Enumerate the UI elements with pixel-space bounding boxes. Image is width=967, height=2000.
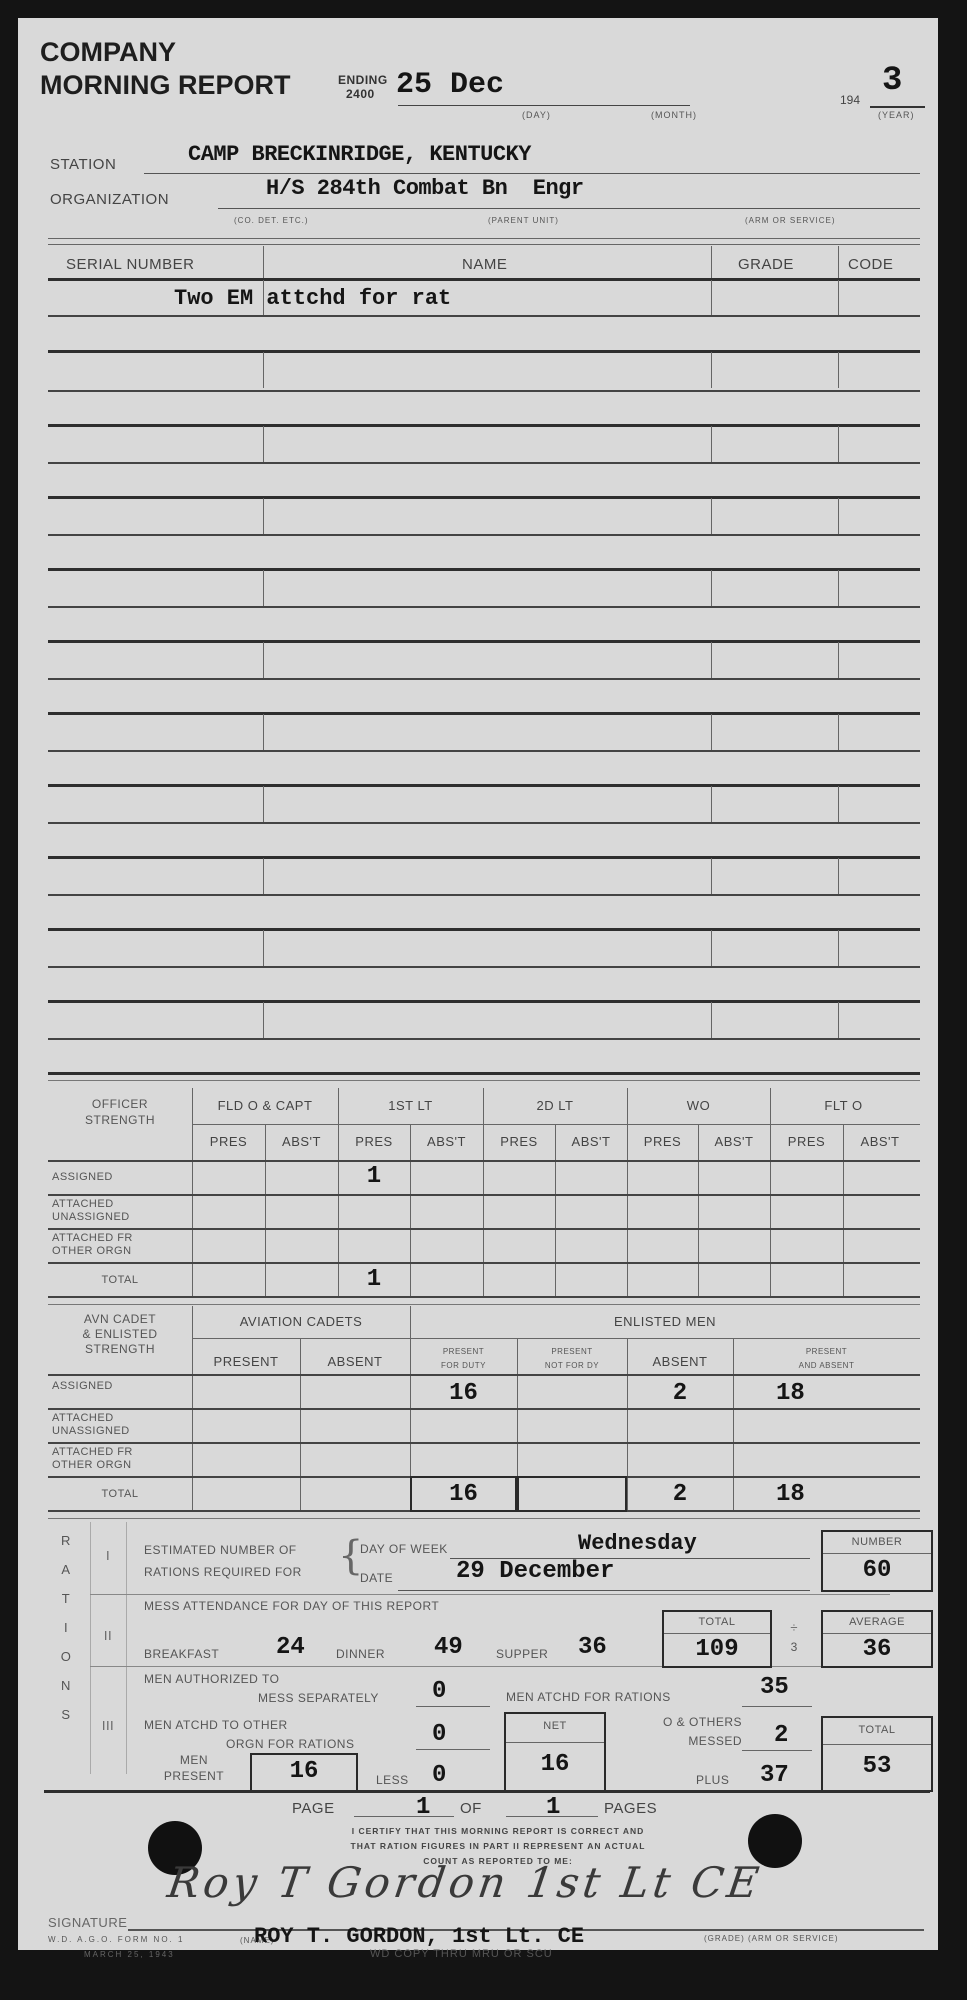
mess-separately-label: MEN AUTHORIZED TO MESS SEPARATELY: [144, 1670, 379, 1708]
roster-rule: [48, 350, 920, 353]
officer-col-divider: [555, 1124, 556, 1296]
roster-rule: [48, 822, 920, 824]
form-title: COMPANY MORNING REPORT: [40, 36, 291, 102]
sub-pres: PRES: [338, 1134, 410, 1149]
report-date-value: 25 Dec: [396, 68, 504, 102]
roster-rule: [48, 712, 920, 715]
roster-divider: [711, 930, 712, 966]
ending-time: 2400: [338, 87, 388, 101]
officer-col-divider: [483, 1088, 484, 1296]
officer-row-rule: [48, 1296, 920, 1298]
header-divider-1: [48, 238, 920, 239]
side-letter: R: [48, 1526, 84, 1555]
officer-subheader-rule: [192, 1124, 920, 1125]
roster-rule: [48, 1000, 920, 1003]
label-line: ESTIMATED NUMBER OF: [144, 1539, 302, 1561]
roster-rule: [48, 750, 920, 752]
year-prefix: 194: [840, 93, 860, 107]
atchd-for-rations-value: 35: [760, 1674, 789, 1701]
roster-rule: [48, 462, 920, 464]
plus-label: PLUS: [696, 1773, 729, 1787]
certify-line: I CERTIFY THAT THIS MORNING REPORT IS CO…: [238, 1824, 758, 1839]
label-line: MESSED: [628, 1732, 742, 1751]
roster-rule: [48, 606, 920, 608]
divide-icon: ÷: [774, 1620, 814, 1635]
total-present-not-for-duty-box: [517, 1476, 627, 1512]
roster-divider: [838, 498, 839, 534]
organization-underline: [218, 208, 920, 209]
roster-divider: [838, 570, 839, 606]
col-serial-number: SERIAL NUMBER: [66, 256, 194, 273]
part1-label: ESTIMATED NUMBER OF RATIONS REQUIRED FOR: [144, 1539, 302, 1583]
roster-divider: [263, 858, 264, 894]
net-label: NET: [506, 1714, 604, 1743]
sub-pres: PRES: [627, 1134, 698, 1149]
organization-label: ORGANIZATION: [50, 191, 169, 208]
roster-divider: [838, 642, 839, 678]
pages-label: PAGES: [604, 1800, 657, 1817]
em-col-present-not-for-duty: PRESENT NOT FOR DY: [517, 1345, 627, 1373]
label-line: MEN AUTHORIZED TO: [144, 1670, 379, 1689]
roster-divider: [711, 1002, 712, 1038]
col-line: AND ABSENT: [733, 1359, 920, 1373]
em-col-absent: ABSENT: [627, 1354, 733, 1369]
roster-divider: [838, 714, 839, 750]
less-label: LESS: [376, 1773, 409, 1787]
officer-row-label-total: TOTAL: [48, 1274, 192, 1286]
enlisted-row-label-attached-unassigned: ATTACHED UNASSIGNED: [52, 1412, 130, 1438]
enlisted-row-label-assigned: ASSIGNED: [52, 1380, 113, 1392]
year-caption: (YEAR): [878, 110, 915, 120]
officer-col-divider: [192, 1088, 193, 1296]
label-line: O & OTHERS: [628, 1713, 742, 1732]
label-line: MEN: [144, 1752, 244, 1768]
roster-rule: [48, 1080, 920, 1081]
form-title-line1: COMPANY: [40, 36, 291, 69]
station-value: CAMP BRECKINRIDGE, KENTUCKY: [188, 142, 531, 167]
typed-name: ROY T. GORDON, 1st Lt. CE: [254, 1924, 584, 1949]
roster-rule: [48, 534, 920, 536]
enlisted-strength-title: AVN CADET & ENLISTED STRENGTH: [48, 1312, 192, 1357]
col-grade: GRADE: [738, 256, 794, 273]
roster-divider: [711, 426, 712, 462]
label-line: ATTACHED FR: [52, 1232, 133, 1245]
average-value: 36: [823, 1634, 931, 1666]
enlisted-row-rule: [48, 1442, 920, 1444]
others-messed-underline: [742, 1750, 812, 1751]
ending-label: ENDING 2400: [338, 73, 388, 101]
roster-divider: [838, 246, 839, 278]
ending-word: ENDING: [338, 73, 388, 87]
atchd-other-orgn-underline: [416, 1749, 490, 1750]
signature-handwritten: Roy T Gordon 1st Lt CE: [165, 1858, 766, 1907]
label-line: UNASSIGNED: [52, 1211, 130, 1224]
label-line: OTHER ORGN: [52, 1459, 133, 1472]
others-messed-label: O & OTHERS MESSED: [628, 1713, 742, 1751]
certify-line: THAT RATION FIGURES IN PART II REPRESENT…: [238, 1839, 758, 1854]
roster-rule: [48, 966, 920, 968]
officer-strength-title-1: OFFICER: [48, 1096, 192, 1112]
enlisted-row-label-attached-fr: ATTACHED FR OTHER ORGN: [52, 1446, 133, 1472]
roster-rule: [48, 784, 920, 787]
officer-row-rule: [48, 1228, 920, 1230]
day-of-week-label: DAY OF WEEK: [360, 1542, 448, 1556]
roster-divider: [263, 352, 264, 388]
average-label: AVERAGE: [823, 1612, 931, 1634]
month-caption: (MONTH): [651, 110, 697, 120]
roster-divider: [263, 1002, 264, 1038]
officer-col-divider: [410, 1124, 411, 1296]
net-value: 16: [506, 1743, 604, 1787]
rations-total-value: 53: [823, 1745, 931, 1789]
roster-rule: [48, 496, 920, 499]
title-line: AVN CADET: [48, 1312, 192, 1327]
roster-divider: [838, 280, 839, 316]
copy-note: WD COPY THRU MRU OR SCU: [370, 1948, 553, 1960]
enlisted-row-rule: [48, 1374, 920, 1376]
total-present-for-duty: 16: [410, 1481, 517, 1508]
day-caption: (DAY): [522, 110, 551, 120]
date-label: DATE: [360, 1571, 393, 1585]
group-fld-o-capt: FLD O & CAPT: [192, 1098, 338, 1113]
roster-divider: [711, 246, 712, 278]
part2-numeral: II: [90, 1628, 126, 1643]
label-line: ATTACHED: [52, 1412, 130, 1425]
organization-value: H/S 284th Combat Bn Engr: [266, 176, 584, 201]
station-label: STATION: [50, 156, 116, 173]
station-underline: [144, 173, 920, 174]
form-date: MARCH 25, 1943: [84, 1950, 175, 1959]
label-line: UNASSIGNED: [52, 1425, 130, 1438]
mess-separately-underline: [416, 1706, 490, 1707]
caption-co-det: (CO. DET. ETC.): [234, 216, 309, 225]
roster-divider: [711, 570, 712, 606]
officer-row-rule: [48, 1160, 920, 1162]
enlisted-row-rule: [48, 1408, 920, 1410]
roster-divider: [838, 426, 839, 462]
part1-numeral: I: [90, 1548, 126, 1563]
enlisted-col-divider: [733, 1338, 734, 1510]
page-value: 1: [416, 1794, 430, 1821]
date-underline: [398, 105, 690, 106]
others-messed-value: 2: [774, 1722, 788, 1749]
side-letter: N: [48, 1671, 84, 1700]
roster-rule: [48, 315, 920, 317]
mess-separately-value: 0: [432, 1678, 446, 1705]
atchd-for-rations-underline: [742, 1706, 812, 1707]
officer-row-label-attached-fr: ATTACHED FR OTHER ORGN: [52, 1232, 133, 1258]
plus-value: 37: [760, 1762, 789, 1789]
enlisted-row-rule: [48, 1518, 920, 1519]
group-aviation-cadets: AVIATION CADETS: [192, 1314, 410, 1329]
dinner-value: 49: [434, 1634, 463, 1661]
cadet-col-present: PRESENT: [192, 1354, 300, 1369]
roster-divider: [711, 280, 712, 316]
roster-rule: [48, 278, 920, 281]
officer-col-divider: [770, 1088, 771, 1296]
rations-part-rule: [90, 1594, 890, 1595]
cadet-col-absent: ABSENT: [300, 1354, 410, 1369]
less-value: 0: [432, 1762, 446, 1789]
date-value: 29 December: [456, 1558, 614, 1585]
officer-col-divider: [627, 1088, 628, 1296]
roster-divider: [838, 1002, 839, 1038]
part3-numeral: III: [90, 1718, 126, 1733]
title-line: STRENGTH: [48, 1342, 192, 1357]
roster-rule: [48, 678, 920, 680]
sub-pres: PRES: [192, 1134, 265, 1149]
morning-report-form: COMPANY MORNING REPORT ENDING 2400 25 De…: [18, 18, 938, 1950]
mess-total-box: TOTAL 109: [662, 1610, 772, 1668]
label-line: ATTACHED: [52, 1198, 130, 1211]
sub-abst: ABS'T: [555, 1134, 627, 1149]
rations-total-box: TOTAL 53: [821, 1716, 933, 1792]
breakfast-label: BREAKFAST: [144, 1647, 219, 1661]
form-number: W.D. A.G.O. FORM NO. 1: [48, 1935, 184, 1944]
assigned-absent: 2: [627, 1380, 733, 1407]
group-1st-lt: 1ST LT: [338, 1098, 483, 1113]
roster-entry: Two EM attchd for rat: [174, 286, 451, 311]
roster-divider: [711, 498, 712, 534]
roster-divider: [263, 714, 264, 750]
title-line: & ENLISTED: [48, 1327, 192, 1342]
officer-row-rule: [48, 1194, 920, 1196]
men-present-value: 16: [250, 1758, 358, 1785]
roster-divider: [263, 426, 264, 462]
roster-rule: [48, 1038, 920, 1040]
roster-rule: [48, 928, 920, 931]
side-letter: I: [48, 1613, 84, 1642]
em-col-present-for-duty: PRESENT FOR DUTY: [410, 1345, 517, 1373]
sub-abst: ABS'T: [698, 1134, 770, 1149]
enlisted-col-divider: [300, 1338, 301, 1510]
label-line: ATTACHED FR: [52, 1446, 133, 1459]
sub-abst: ABS'T: [410, 1134, 483, 1149]
officer-col-divider: [698, 1124, 699, 1296]
group-enlisted-men: ENLISTED MEN: [410, 1314, 920, 1329]
roster-divider: [263, 930, 264, 966]
roster-divider: [263, 280, 264, 316]
roster-rule: [48, 568, 920, 571]
col-line: PRESENT: [733, 1345, 920, 1359]
officer-col-divider: [843, 1124, 844, 1296]
enlisted-row-label-total: TOTAL: [48, 1488, 192, 1500]
roster-rule: [48, 424, 920, 427]
roster-divider: [711, 786, 712, 822]
rations-divider: [126, 1522, 127, 1774]
dinner-label: DINNER: [336, 1647, 385, 1661]
atchd-other-orgn-label: MEN ATCHD TO OTHER ORGN FOR RATIONS: [144, 1716, 354, 1754]
roster-divider: [711, 858, 712, 894]
label-line: MEN ATCHD TO OTHER: [144, 1716, 354, 1735]
officer-row-label-attached-unassigned: ATTACHED UNASSIGNED: [52, 1198, 130, 1224]
roster-divider: [838, 352, 839, 388]
officer-strength-title: OFFICER STRENGTH: [48, 1096, 192, 1128]
breakfast-value: 24: [276, 1634, 305, 1661]
supper-value: 36: [578, 1634, 607, 1661]
divisor-value: 3: [774, 1640, 814, 1654]
roster-rule: [48, 390, 920, 392]
atchd-for-rations-label: MEN ATCHD FOR RATIONS: [506, 1690, 671, 1704]
roster-divider: [263, 570, 264, 606]
label-line: PRESENT: [144, 1768, 244, 1784]
assigned-present-and-absent: 18: [776, 1380, 805, 1407]
col-line: PRESENT: [517, 1345, 627, 1359]
number-label: NUMBER: [823, 1532, 931, 1554]
col-line: PRESENT: [410, 1345, 517, 1359]
col-code: CODE: [848, 256, 893, 273]
roster-divider: [838, 858, 839, 894]
sub-pres: PRES: [483, 1134, 555, 1149]
enlisted-subheader-rule: [192, 1338, 920, 1339]
roster-rule: [48, 856, 920, 859]
header-divider-2: [48, 244, 920, 245]
group-flt-o: FLT O: [770, 1098, 917, 1113]
col-line: NOT FOR DY: [517, 1359, 627, 1373]
side-letter: A: [48, 1555, 84, 1584]
roster-divider: [263, 498, 264, 534]
rations-total-label: TOTAL: [823, 1718, 931, 1745]
signature-label: SIGNATURE: [48, 1915, 127, 1930]
em-col-present-and-absent: PRESENT AND ABSENT: [733, 1345, 920, 1373]
sub-abst: ABS'T: [265, 1134, 338, 1149]
label-line: MESS SEPARATELY: [144, 1689, 379, 1708]
rations-bottom-rule: [44, 1790, 930, 1793]
roster-divider: [711, 352, 712, 388]
officer-assigned-1st-lt-pres: 1: [338, 1163, 410, 1190]
mess-total-value: 109: [664, 1634, 770, 1666]
rations-side-label: R A T I O N S: [48, 1526, 84, 1729]
date-underline: [398, 1590, 810, 1591]
page-label: PAGE: [292, 1800, 335, 1817]
roster-divider: [711, 642, 712, 678]
roster-divider: [263, 642, 264, 678]
ration-number-box: NUMBER 60: [821, 1530, 933, 1592]
officer-row-rule: [48, 1304, 920, 1305]
year-underline: [870, 106, 925, 108]
sub-pres: PRES: [770, 1134, 843, 1149]
atchd-other-orgn-value: 0: [432, 1721, 446, 1748]
mess-total-label: TOTAL: [664, 1612, 770, 1634]
officer-strength-title-2: STRENGTH: [48, 1112, 192, 1128]
supper-label: SUPPER: [496, 1647, 548, 1661]
side-letter: S: [48, 1700, 84, 1729]
caption-arm-service: (ARM OR SERVICE): [745, 216, 836, 225]
men-present-label: MEN PRESENT: [144, 1752, 244, 1784]
roster-divider: [838, 786, 839, 822]
form-title-line2: MORNING REPORT: [40, 69, 291, 102]
day-of-week-value: Wednesday: [578, 1531, 697, 1556]
year-value: 3: [882, 62, 902, 100]
label-line: RATIONS REQUIRED FOR: [144, 1561, 302, 1583]
side-letter: T: [48, 1584, 84, 1613]
group-wo: WO: [627, 1098, 770, 1113]
caption-parent-unit: (PARENT UNIT): [488, 216, 559, 225]
officer-row-rule: [48, 1262, 920, 1264]
of-label: OF: [460, 1800, 482, 1817]
officer-col-divider: [338, 1088, 339, 1296]
officer-row-label-assigned: ASSIGNED: [52, 1171, 113, 1183]
label-line: OTHER ORGN: [52, 1245, 133, 1258]
of-value: 1: [546, 1794, 560, 1821]
total-present-and-absent: 18: [776, 1481, 805, 1508]
roster-divider: [263, 246, 264, 278]
roster-divider: [838, 930, 839, 966]
sub-abst: ABS'T: [843, 1134, 917, 1149]
assigned-present-for-duty: 16: [410, 1380, 517, 1407]
group-2d-lt: 2D LT: [483, 1098, 627, 1113]
col-name: NAME: [462, 256, 507, 273]
total-absent: 2: [627, 1481, 733, 1508]
officer-col-divider: [265, 1124, 266, 1296]
roster-rule: [48, 640, 920, 643]
net-box: NET 16: [504, 1712, 606, 1792]
col-line: FOR DUTY: [410, 1359, 517, 1373]
roster-divider: [263, 786, 264, 822]
roster-divider: [711, 714, 712, 750]
roster-rule: [48, 1072, 920, 1075]
grade-caption: (GRADE) (ARM OR SERVICE): [704, 1934, 839, 1943]
side-letter: O: [48, 1642, 84, 1671]
average-box: AVERAGE 36: [821, 1610, 933, 1668]
officer-total-1st-lt-pres: 1: [338, 1266, 410, 1293]
part2-heading: MESS ATTENDANCE FOR DAY OF THIS REPORT: [144, 1599, 439, 1613]
page-underline: [354, 1816, 454, 1817]
roster-rule: [48, 894, 920, 896]
number-value: 60: [823, 1554, 931, 1588]
